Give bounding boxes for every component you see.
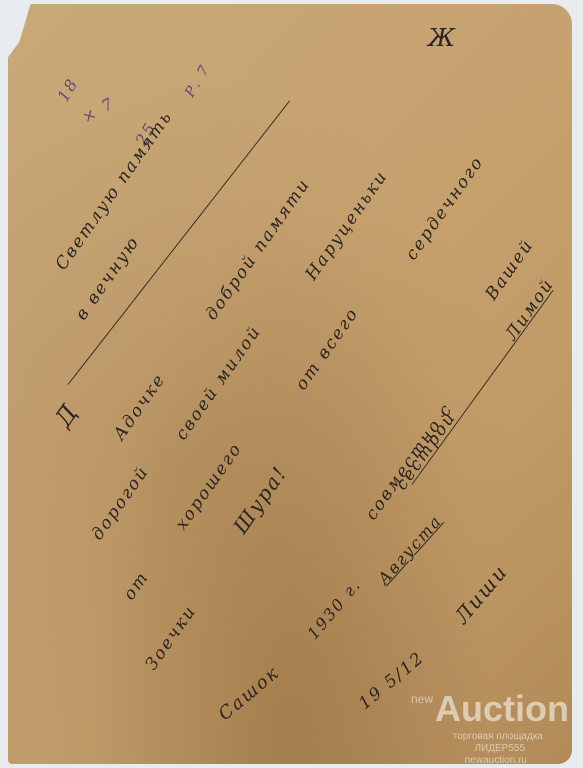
- inscription-line: Шура!: [228, 461, 292, 538]
- inscription-line: от всего: [292, 304, 363, 394]
- inscription-line: Наруценьки: [302, 167, 392, 284]
- inscription-line: от: [120, 568, 154, 604]
- inscription-line: сердечного: [402, 152, 488, 264]
- inscription-line: дорогой: [88, 462, 154, 544]
- inscription-line: доброй памяти: [202, 175, 315, 324]
- watermark-line1: торговая площадка: [453, 731, 543, 742]
- pencil-note: Р. 7: [182, 61, 213, 100]
- corner-mark: Ж: [428, 24, 457, 52]
- signature: Лиши: [450, 559, 513, 628]
- inscription-line: Адочке: [110, 370, 170, 444]
- inscription-line: 1930 г.: [303, 575, 364, 643]
- watermark-line2: ЛИДЕР555: [474, 743, 525, 754]
- watermark-brand: Auction: [435, 688, 569, 730]
- inscription-line: Светлую память: [52, 107, 177, 274]
- watermark-line3: newauction.ru: [465, 755, 527, 766]
- inscription-line: Августа: [374, 511, 446, 588]
- watermark-prefix: new: [411, 692, 433, 706]
- inscription-line: Сашок: [215, 662, 285, 725]
- card-photo: 18 × 7 25 Р. 7 Ж Светлую память в вечную…: [8, 4, 572, 764]
- inscription-line: Зоечки: [142, 601, 201, 674]
- pencil-note: × 7: [79, 93, 119, 127]
- pencil-note: 18: [54, 74, 83, 105]
- inscription-line: Д: [49, 398, 84, 432]
- inscription-line: своей милой: [172, 322, 266, 444]
